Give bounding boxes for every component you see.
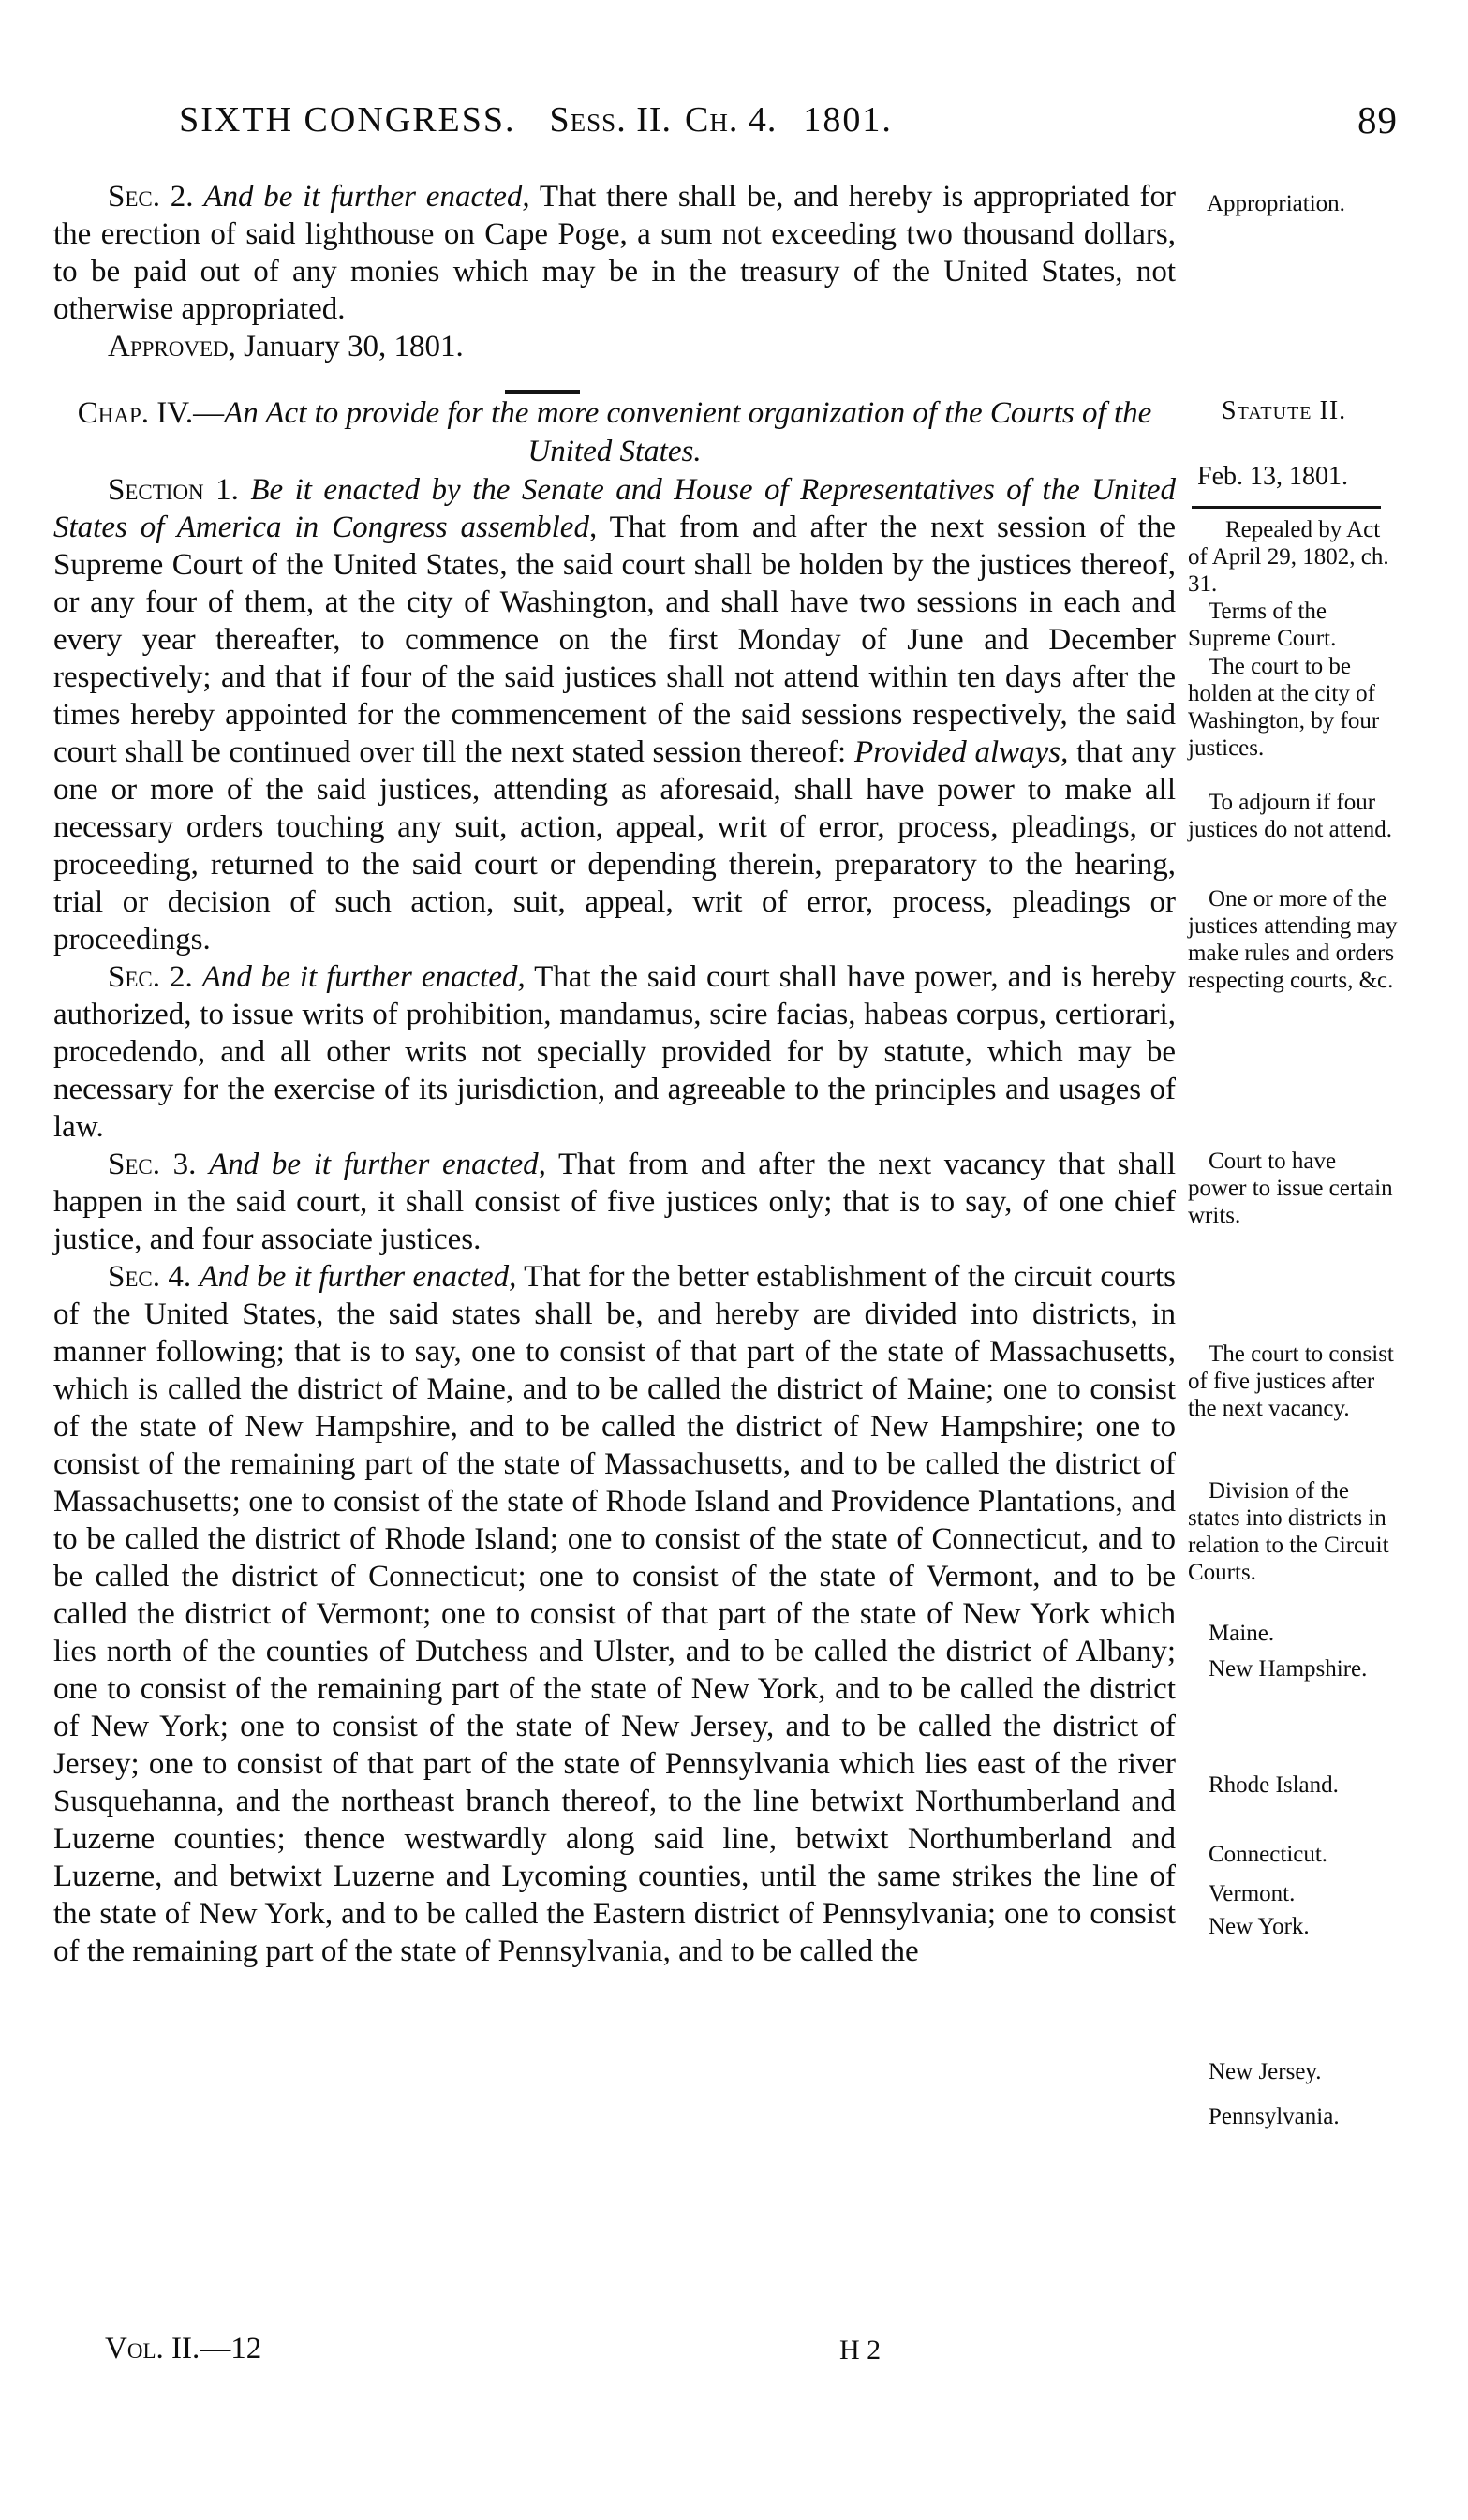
margin-note-new-jersey: New Jersey. bbox=[1188, 2058, 1399, 2085]
margin-note-connecticut: Connecticut. bbox=[1188, 1841, 1399, 1868]
section-label: Sec. 3. bbox=[108, 1148, 196, 1181]
margin-note-vermont: Vermont. bbox=[1188, 1880, 1399, 1907]
section-label: Sec. 2. bbox=[108, 960, 193, 994]
section-label: Sec. 4. bbox=[108, 1260, 191, 1294]
margin-notes-column: Appropriation. Statute II. Feb. 13, 1801… bbox=[1188, 0, 1399, 2520]
margin-note-appropriation: Appropriation. bbox=[1188, 190, 1417, 217]
margin-note-division-districts: Division of the states into districts in… bbox=[1188, 1477, 1399, 1586]
approved-label: Approved, bbox=[108, 330, 236, 363]
section-label: Sec. 2. bbox=[108, 180, 194, 214]
sec3-paragraph: Sec. 3. And be it further enacted, That … bbox=[53, 1146, 1176, 1258]
chapter-heading: Chap. IV.—An Act to provide for the more… bbox=[53, 394, 1176, 471]
margin-date-rule bbox=[1192, 506, 1381, 509]
sec4-paragraph: Sec. 4. And be it further enacted, That … bbox=[53, 1258, 1176, 1970]
proviso-clause: Provided always, bbox=[854, 735, 1068, 769]
paragraph-text: That for the better establishment of the… bbox=[53, 1260, 1176, 1968]
running-head-congress: Sixth Congress. bbox=[179, 100, 515, 140]
running-head-year: 1801. bbox=[803, 100, 893, 140]
previous-act-sec2-paragraph: Sec. 2. And be it further enacted, That … bbox=[53, 178, 1176, 328]
section-label: Section 1. bbox=[108, 473, 239, 507]
enacting-clause: And be it further enacted, bbox=[209, 1148, 546, 1181]
running-head: Sixth Congress.Sess. II.Ch. 4.1801. bbox=[53, 99, 1018, 141]
chapter-label: Chap. IV.— bbox=[78, 396, 224, 430]
enacting-clause: And be it further enacted, bbox=[200, 1260, 517, 1294]
approved-date: January 30, 1801. bbox=[244, 330, 464, 363]
margin-note-adjourn: To adjourn if four justices do not atten… bbox=[1188, 789, 1399, 843]
margin-note-repealed: Repealed by Act of April 29, 1802, ch. 3… bbox=[1188, 516, 1399, 598]
margin-note-writs: Court to have power to issue certain wri… bbox=[1188, 1148, 1399, 1229]
margin-note-statute: Statute II. bbox=[1188, 397, 1432, 424]
margin-note-five-justices: The court to consist of five justices af… bbox=[1188, 1341, 1399, 1422]
margin-note-pennsylvania: Pennsylvania. bbox=[1188, 2103, 1399, 2130]
margin-note-new-york: New York. bbox=[1188, 1913, 1399, 1940]
margin-note-rhode-island: Rhode Island. bbox=[1188, 1771, 1399, 1799]
margin-note-terms: Terms of the Supreme Court. bbox=[1188, 598, 1399, 652]
running-head-session: Sess. II. bbox=[550, 100, 672, 140]
paragraph-text: That from and after the next session of … bbox=[53, 511, 1176, 769]
enacting-clause: And be it further enacted, bbox=[203, 180, 529, 214]
margin-note-maine: Maine. bbox=[1188, 1620, 1399, 1647]
footer-signature-mark: H 2 bbox=[839, 2335, 881, 2366]
act-text-column: Sec. 2. And be it further enacted, That … bbox=[53, 178, 1176, 1970]
chapter-title: An Act to provide for the more convenien… bbox=[224, 396, 1151, 468]
enacting-clause: And be it further enacted, bbox=[202, 960, 526, 994]
margin-note-court-holden: The court to be holden at the city of Wa… bbox=[1188, 653, 1399, 762]
statute-page: Sixth Congress.Sess. II.Ch. 4.1801. 89 S… bbox=[0, 0, 1468, 2520]
section1-paragraph: Section 1. Be it enacted by the Senate a… bbox=[53, 471, 1176, 958]
running-head-chapter: Ch. 4. bbox=[685, 100, 777, 140]
margin-note-date: Feb. 13, 1801. bbox=[1188, 463, 1408, 490]
approval-line: Approved, January 30, 1801. bbox=[53, 328, 1176, 365]
margin-note-rules-orders: One or more of the justices attending ma… bbox=[1188, 885, 1399, 994]
margin-note-new-hampshire: New Hampshire. bbox=[1188, 1655, 1399, 1682]
footer-volume-label: Vol. II.—12 bbox=[105, 2332, 261, 2366]
sec2-paragraph: Sec. 2. And be it further enacted, That … bbox=[53, 958, 1176, 1146]
